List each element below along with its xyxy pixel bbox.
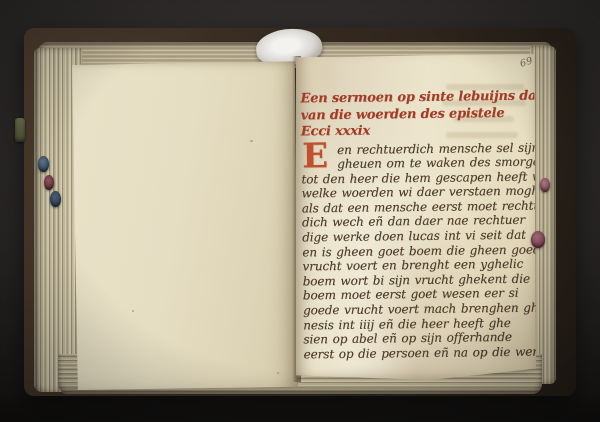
index-tab-pink-upper	[540, 178, 550, 192]
index-tab-pink-lower	[531, 231, 545, 248]
index-tab-red	[44, 175, 54, 190]
left-page-blank	[72, 60, 298, 390]
parchment-speck	[132, 310, 134, 312]
photo-background: 69 Een sermoen op sinte lebuijns dach va…	[0, 0, 600, 422]
index-tab-blue	[38, 156, 49, 172]
right-page: 69 Een sermoen op sinte lebuijns dach va…	[296, 54, 536, 380]
index-tab-green-cover	[15, 118, 25, 142]
drop-cap-initial: E	[302, 140, 334, 173]
parchment-speck	[277, 372, 279, 374]
rubric-line: van die woerden des epistele	[301, 105, 531, 124]
body-text: E en rechtuerdich mensche sel sijn hert …	[301, 140, 534, 362]
table-surface	[0, 396, 600, 422]
rubric-line: Ecci xxxix	[301, 122, 531, 141]
index-tab-navy	[50, 191, 61, 207]
parchment-speck	[250, 140, 253, 142]
folio-number: 69	[519, 55, 535, 70]
manuscript-line: eerst op die persoen eñ na op die werc	[303, 344, 533, 361]
text-block: Een sermoen op sinte lebuijns dach van d…	[300, 89, 533, 362]
